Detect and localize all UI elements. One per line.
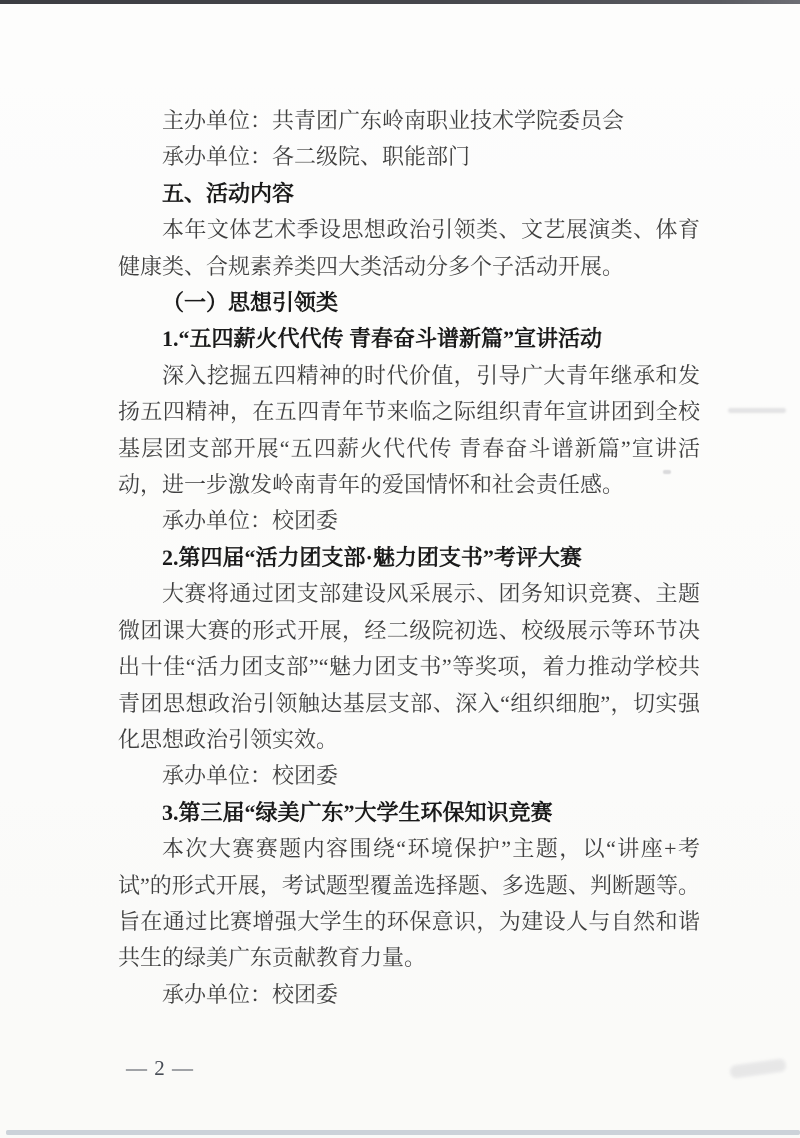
event-2-title: 2.第四届“活力团支部·魅力团支书”考评大赛 bbox=[118, 540, 700, 576]
event-1-organizer: 承办单位：校团委 bbox=[118, 503, 700, 539]
intro-paragraph: 本年文体艺术季设思想政治引领类、文艺展演类、体育健康类、合规素养类四大类活动分多… bbox=[118, 212, 700, 285]
page-number: — 2 — bbox=[126, 1056, 194, 1080]
event-3-organizer: 承办单位：校团委 bbox=[118, 977, 700, 1013]
section-5-heading: 五、活动内容 bbox=[118, 176, 700, 212]
scan-bottom-edge-line bbox=[6, 1130, 800, 1135]
host-unit-line: 主办单位：共青团广东岭南职业技术学院委员会 bbox=[118, 103, 700, 139]
scanned-document-page: 主办单位：共青团广东岭南职业技术学院委员会 承办单位：各二级院、职能部门 五、活… bbox=[0, 0, 800, 1138]
document-body: 主办单位：共青团广东岭南职业技术学院委员会 承办单位：各二级院、职能部门 五、活… bbox=[118, 103, 700, 1013]
scan-smudge bbox=[663, 470, 671, 474]
event-3-description: 本次大赛赛题内容围绕“环境保护”主题，以“讲座+考试”的形式开展，考试题型覆盖选… bbox=[118, 831, 700, 977]
event-1-title: 1.“五四薪火代代传 青春奋斗谱新篇”宣讲活动 bbox=[118, 321, 700, 357]
scan-top-edge-line bbox=[0, 0, 800, 4]
scan-smudge bbox=[729, 1058, 786, 1079]
category-1-heading: （一）思想引领类 bbox=[118, 285, 700, 321]
organizer-unit-line: 承办单位：各二级院、职能部门 bbox=[118, 139, 700, 175]
event-1-description: 深入挖掘五四精神的时代价值，引导广大青年继承和发扬五四精神，在五四青年节来临之际… bbox=[118, 358, 700, 504]
event-2-organizer: 承办单位：校团委 bbox=[118, 758, 700, 794]
event-3-title: 3.第三届“绿美广东”大学生环保知识竞赛 bbox=[118, 795, 700, 831]
event-2-description: 大赛将通过团支部建设风采展示、团务知识竞赛、主题微团课大赛的形式开展，经二级院初… bbox=[118, 576, 700, 758]
scan-smudge bbox=[728, 408, 786, 413]
